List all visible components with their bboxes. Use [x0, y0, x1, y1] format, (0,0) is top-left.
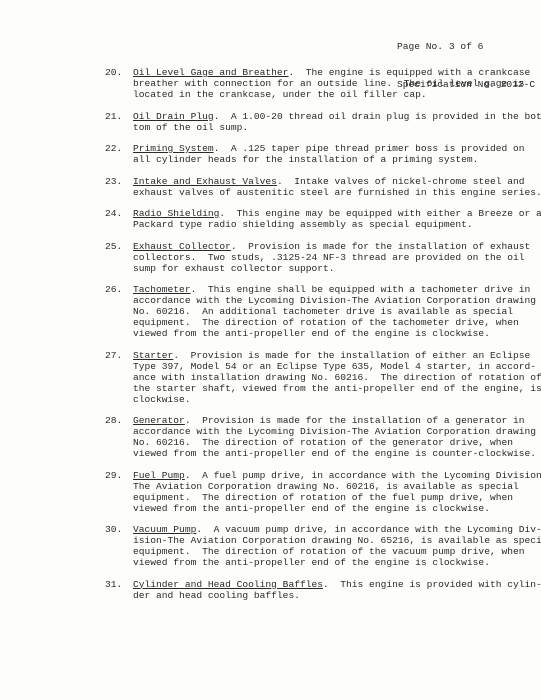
- item-text-line: collectors. Two studs, .3125-24 NF-3 thr…: [133, 252, 525, 263]
- item-first-line: Starter. Provision is made for the insta…: [133, 350, 525, 361]
- item-title: Fuel Pump: [133, 470, 185, 481]
- item-text-line: equipment. The direction of rotation of …: [133, 317, 525, 328]
- item-text-line: breather with connection for an outside …: [133, 78, 525, 89]
- item-number: 29.: [105, 470, 122, 481]
- spec-item: 30.Vacuum Pump. A vacuum pump drive, in …: [105, 524, 525, 568]
- item-title: Oil Level Gage and Breather: [133, 67, 288, 78]
- item-text-line: viewed from the anti-propeller end of th…: [133, 448, 525, 459]
- spec-item: 28.Generator. Provision is made for the …: [105, 415, 525, 459]
- item-number: 20.: [105, 67, 122, 78]
- item-title: Vacuum Pump: [133, 524, 196, 535]
- item-text: . Provision is made for the installation…: [231, 241, 530, 252]
- item-text-line: all cylinder heads for the installation …: [133, 154, 525, 165]
- item-text-line: Packard type radio shielding assembly as…: [133, 219, 525, 230]
- item-number: 21.: [105, 111, 122, 122]
- item-text: . This engine may be equipped with eithe…: [219, 208, 541, 219]
- spec-item: 21.Oil Drain Plug. A 1.00-20 thread oil …: [105, 111, 525, 133]
- item-text: . A 1.00-20 thread oil drain plug is pro…: [214, 111, 541, 122]
- item-title: Exhaust Collector: [133, 241, 231, 252]
- spec-item: 26.Tachometer. This engine shall be equi…: [105, 284, 525, 339]
- item-text: . Provision is made for the installation…: [185, 415, 525, 426]
- item-first-line: Oil Level Gage and Breather. The engine …: [133, 67, 525, 78]
- item-text-line: located in the crankcase, under the oil …: [133, 89, 525, 100]
- spec-item: 31.Cylinder and Head Cooling Baffles. Th…: [105, 579, 525, 601]
- item-text-line: The Aviation Corporation drawing No. 602…: [133, 481, 525, 492]
- spec-item: 27.Starter. Provision is made for the in…: [105, 350, 525, 405]
- item-title: Priming System: [133, 143, 214, 154]
- item-first-line: Fuel Pump. A fuel pump drive, in accorda…: [133, 470, 525, 481]
- item-text: . Intake valves of nickel-chrome steel a…: [277, 176, 525, 187]
- item-title: Generator: [133, 415, 185, 426]
- item-text-line: the starter shaft, viewed from the anti-…: [133, 383, 525, 394]
- spec-item: 20.Oil Level Gage and Breather. The engi…: [105, 67, 525, 100]
- spec-item: 25.Exhaust Collector. Provision is made …: [105, 241, 525, 274]
- item-title: Oil Drain Plug: [133, 111, 214, 122]
- item-text: . A .125 taper pipe thread primer boss i…: [214, 143, 525, 154]
- spec-item: 22.Priming System. A .125 taper pipe thr…: [105, 143, 525, 165]
- item-number: 26.: [105, 284, 122, 295]
- item-number: 22.: [105, 143, 122, 154]
- document-page: Page No. 3 of 6 Specification No. 2012-C…: [0, 0, 541, 700]
- spec-item: 29.Fuel Pump. A fuel pump drive, in acco…: [105, 470, 525, 514]
- item-first-line: Exhaust Collector. Provision is made for…: [133, 241, 525, 252]
- item-text-line: No. 60216. The direction of rotation of …: [133, 437, 525, 448]
- item-text-line: ance with installation drawing No. 60216…: [133, 372, 525, 383]
- item-text-line: exhaust valves of austenitic steel are f…: [133, 187, 525, 198]
- item-text-line: equipment. The direction of rotation of …: [133, 492, 525, 503]
- item-text-line: Type 397, Model 54 or an Eclipse Type 63…: [133, 361, 525, 372]
- item-number: 25.: [105, 241, 122, 252]
- item-first-line: Generator. Provision is made for the ins…: [133, 415, 525, 426]
- item-number: 23.: [105, 176, 122, 187]
- item-text-line: accordance with the Lycoming Division-Th…: [133, 295, 525, 306]
- item-title: Intake and Exhaust Valves: [133, 176, 277, 187]
- item-title: Cylinder and Head Cooling Baffles: [133, 579, 323, 590]
- item-number: 27.: [105, 350, 122, 361]
- item-title: Starter: [133, 350, 173, 361]
- spec-item: 23.Intake and Exhaust Valves. Intake val…: [105, 176, 525, 198]
- item-text-line: accordance with the Lycoming Division-Th…: [133, 426, 525, 437]
- item-text: . Provision is made for the installation…: [173, 350, 530, 361]
- item-text-line: viewed from the anti-propeller end of th…: [133, 557, 525, 568]
- item-first-line: Tachometer. This engine shall be equippe…: [133, 284, 525, 295]
- item-first-line: Vacuum Pump. A vacuum pump drive, in acc…: [133, 524, 525, 535]
- item-first-line: Radio Shielding. This engine may be equi…: [133, 208, 525, 219]
- item-text-line: der and head cooling baffles.: [133, 590, 525, 601]
- spec-item: 24.Radio Shielding. This engine may be e…: [105, 208, 525, 230]
- item-text-line: equipment. The direction of rotation of …: [133, 546, 525, 557]
- item-text-line: viewed from the anti-propeller end of th…: [133, 328, 525, 339]
- item-text: . This engine is provided with cylin-: [323, 579, 541, 590]
- item-text: . The engine is equipped with a crankcas…: [288, 67, 530, 78]
- item-first-line: Priming System. A .125 taper pipe thread…: [133, 143, 525, 154]
- item-text-line: clockwise.: [133, 394, 525, 405]
- item-text-line: No. 60216. An additional tachometer driv…: [133, 306, 525, 317]
- item-text-line: tom of the oil sump.: [133, 122, 525, 133]
- item-number: 31.: [105, 579, 122, 590]
- item-title: Radio Shielding: [133, 208, 219, 219]
- item-number: 30.: [105, 524, 122, 535]
- item-first-line: Intake and Exhaust Valves. Intake valves…: [133, 176, 525, 187]
- item-number: 24.: [105, 208, 122, 219]
- item-text: . A vacuum pump drive, in accordance wit…: [196, 524, 541, 535]
- item-title: Tachometer: [133, 284, 191, 295]
- item-text-line: sump for exhaust collector support.: [133, 263, 525, 274]
- specification-items: 20.Oil Level Gage and Breather. The engi…: [105, 67, 525, 611]
- item-text: . This engine shall be equipped with a t…: [191, 284, 531, 295]
- item-text-line: ision-The Aviation Corporation drawing N…: [133, 535, 525, 546]
- item-text: . A fuel pump drive, in accordance with …: [185, 470, 541, 481]
- page-number: Page No. 3 of 6: [397, 41, 535, 54]
- item-first-line: Oil Drain Plug. A 1.00-20 thread oil dra…: [133, 111, 525, 122]
- item-first-line: Cylinder and Head Cooling Baffles. This …: [133, 579, 525, 590]
- item-text-line: viewed from the anti-propeller end of th…: [133, 503, 525, 514]
- item-number: 28.: [105, 415, 122, 426]
